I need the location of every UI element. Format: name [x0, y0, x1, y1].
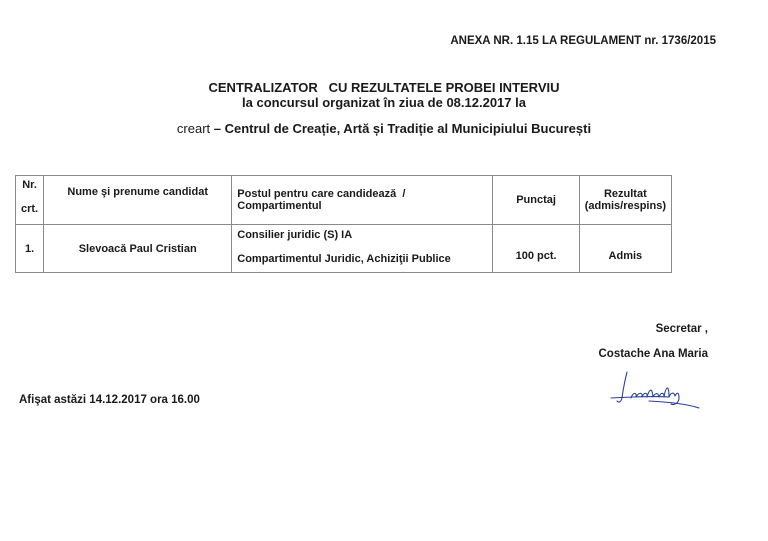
header-name: Nume şi prenume candidat: [44, 176, 232, 225]
cell-name: Slevoacă Paul Cristian: [44, 225, 232, 273]
annex-reference: ANEXA NR. 1.15 LA REGULAMENT nr. 1736/20…: [450, 35, 716, 47]
header-nr: Nr. crt.: [16, 176, 44, 225]
cell-result: Admis: [579, 225, 671, 273]
results-table: Nr. crt. Nume şi prenume candidat Postul…: [15, 175, 672, 273]
cell-nr: 1.: [16, 225, 44, 273]
document-subtitle: la concursul organizat în ziua de 08.12.…: [0, 95, 768, 110]
table-header-row: Nr. crt. Nume şi prenume candidat Postul…: [16, 176, 672, 225]
post-department: Compartimentul Juridic, Achiziţii Public…: [237, 253, 487, 265]
table-row: 1. Slevoacă Paul Cristian Consilier juri…: [16, 225, 672, 273]
signatory-name: Costache Ana Maria: [599, 348, 709, 360]
header-result: Rezultat (admis/respins): [579, 176, 671, 225]
institution-prefix: creart: [177, 121, 210, 136]
institution-name: – Centrul de Creație, Artă și Tradiție a…: [210, 121, 591, 136]
signature-icon: [609, 368, 709, 410]
document-title: CENTRALIZATOR CU REZULTATELE PROBEI INTE…: [0, 80, 768, 95]
header-score: Punctaj: [493, 176, 579, 225]
posting-date: Afişat astăzi 14.12.2017 ora 16.00: [19, 394, 200, 406]
institution-line: creart – Centrul de Creație, Artă și Tra…: [0, 121, 768, 136]
cell-score: 100 pct.: [493, 225, 579, 273]
cell-post: Consilier juridic (S) IA Compartimentul …: [232, 225, 493, 273]
post-title: Consilier juridic (S) IA: [237, 229, 487, 241]
header-post: Postul pentru care candidează / Comparti…: [232, 176, 493, 225]
signatory-role: Secretar ,: [656, 323, 708, 335]
